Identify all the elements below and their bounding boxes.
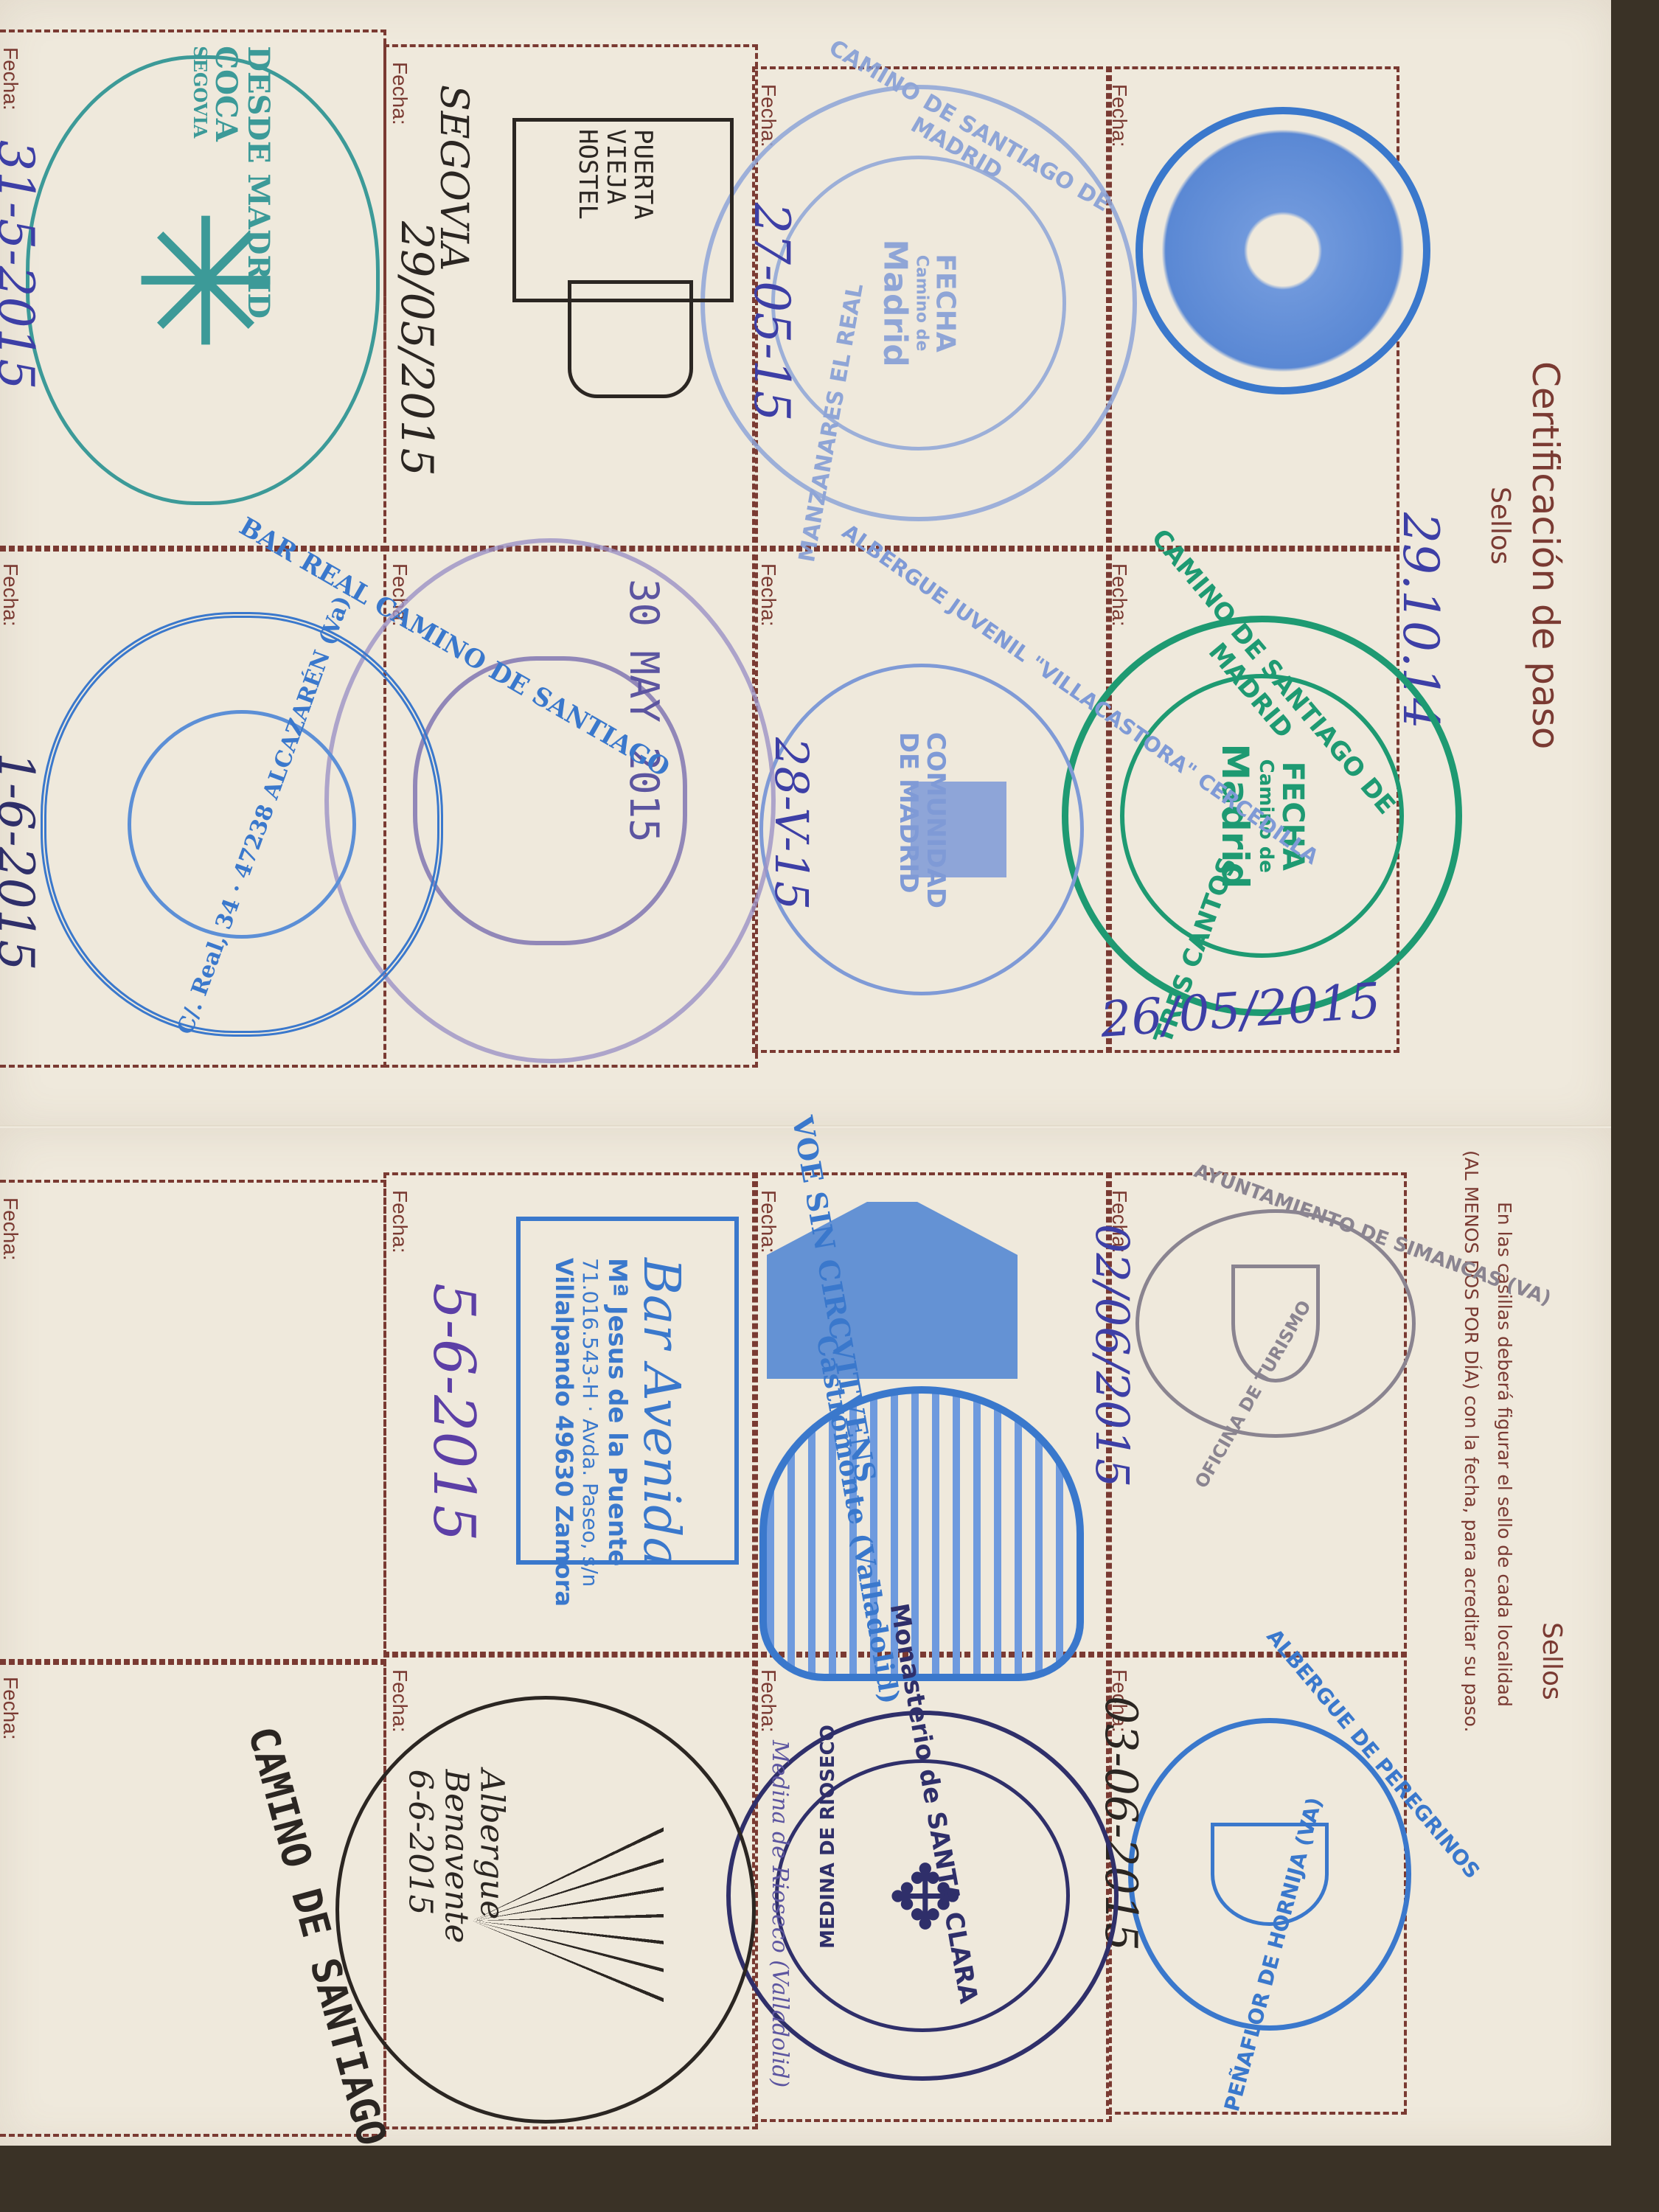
stamp-simancas: AYUNTAMIENTO DE SIMANCAS (VA) OFICINA DE… xyxy=(1135,1209,1416,1438)
stamp-archiconfraternitas: ✺ xyxy=(1135,107,1430,394)
scallop-shell-icon: ✺ xyxy=(1236,217,1330,285)
stamp-bar-real-alcazaren: BAR REAL CAMINO DE SANTIAGO C/. Real, 34… xyxy=(41,612,443,1037)
handwritten-date: 31-5-2015 xyxy=(0,140,44,390)
stamp-albergue-benavente: CAMINO DE SANTIAGO Albergue Benavente 6-… xyxy=(335,1696,756,2124)
stamp-penaflor-de-hornija: ALBERGUE DE PEREGRINOS PEÑAFLOR DE HORNI… xyxy=(1128,1718,1411,2031)
date-stamp: 30 MAY 2015 xyxy=(621,579,667,843)
instruction-line-2: (AL MENOS DOS POR DÍA) con la fecha, par… xyxy=(1461,1150,1482,1732)
handwritten-date: 02/06/2015 xyxy=(1085,1224,1139,1487)
credential-page-top: Certificación de paso Sellos Fecha: Fech… xyxy=(0,0,1611,1130)
stamp-puerta-vieja-hostel: PUERTA VIEJA HOSTEL xyxy=(512,118,734,302)
document-title: Certificación de paso xyxy=(1524,361,1567,749)
handwritten-date: 29/05/2015 xyxy=(391,221,442,476)
owl-drawing-icon xyxy=(568,280,693,398)
handwritten-date: 1-6-2015 xyxy=(0,752,44,971)
handwritten-date: 5-6-2015 xyxy=(420,1283,487,1541)
scallop-shell-icon xyxy=(759,1386,1084,1681)
overlay-handwritten-place: Medina de Rioseco (Valladolid) xyxy=(767,1740,793,2087)
section-heading-sellos: Sellos xyxy=(1485,487,1515,565)
section-heading-sellos: Sellos xyxy=(1537,1622,1567,1700)
handwritten-date: 27-05-15 xyxy=(743,203,800,422)
stamp-bar-avenida: Bar Avenida Mª Jesus de la Puente 71.016… xyxy=(516,1217,739,1565)
stamp-cell: Fecha: xyxy=(0,1180,386,1665)
stamp-coca-segovia: ✳ CAMINO DE SANTIAGO DESDE MADRID COCA S… xyxy=(26,55,380,505)
stamp-castromonte: VOE SIN CIRCVITVENS Castromonte (Vallado… xyxy=(708,1091,1150,1711)
credential-page-bottom: Sellos En las casillas deberá figurar el… xyxy=(0,1128,1611,2146)
